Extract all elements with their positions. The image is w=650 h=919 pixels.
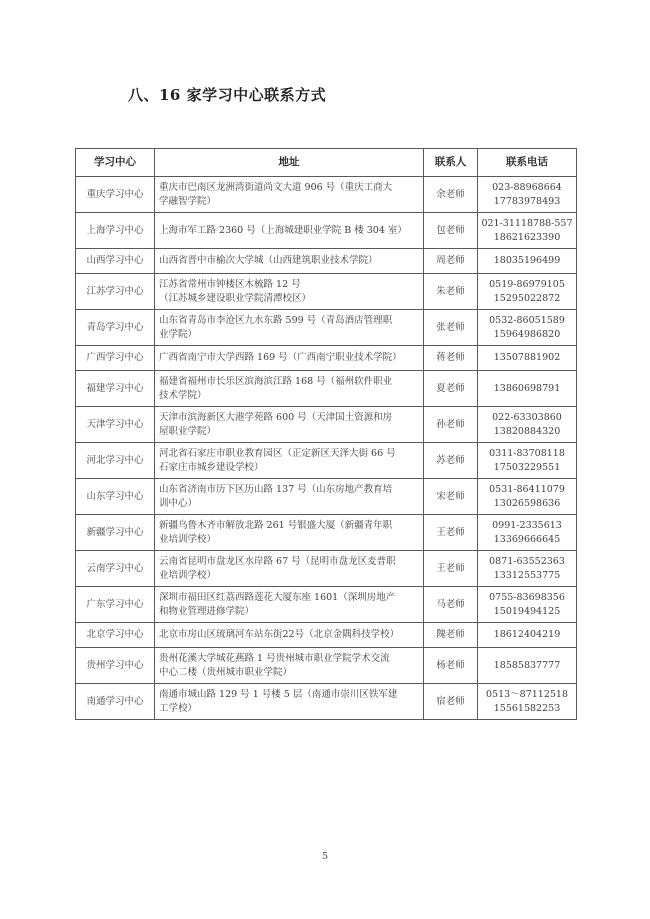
table-row: 河北学习中心河北省石家庄市职业教育园区（正定新区天泽大街 66 号石家庄市城乡建… (76, 443, 577, 479)
phone-cell: 022-6330386013820884320 (478, 407, 577, 443)
phone-number: 17503229551 (480, 461, 574, 475)
phone-number: 13026598636 (480, 497, 574, 511)
phone-number: 0513～87112518 (480, 688, 574, 702)
contact-person-cell: 宿老师 (424, 684, 478, 720)
center-name-cell: 上海学习中心 (76, 213, 155, 249)
phone-cell: 18612404219 (478, 623, 577, 648)
address-line: 河北省石家庄市职业教育园区（正定新区天泽大街 66 号 (159, 447, 420, 461)
address-cell: 云南省昆明市盘龙区水岸路 67 号（昆明市盘龙区麦普职业培训学校） (155, 551, 424, 587)
address-line: 福建省福州市长乐区滨海滨江路 168 号（福州软件职业 (159, 375, 420, 389)
table-row: 云南学习中心云南省昆明市盘龙区水岸路 67 号（昆明市盘龙区麦普职业培训学校）王… (76, 551, 577, 587)
learning-centers-table: 学习中心地址联系人联系电话 重庆学习中心重庆市巴南区龙洲湾街道尚文大道 906 … (75, 148, 577, 720)
phone-number: 0519-86979105 (480, 278, 574, 292)
phone-number: 0991-2335613 (480, 519, 574, 533)
address-cell: 福建省福州市长乐区滨海滨江路 168 号（福州软件职业技术学院） (155, 371, 424, 407)
table-row: 山西学习中心山西省晋中市榆次大学城（山西建筑职业技术学院）周老师18035196… (76, 249, 577, 274)
phone-number: 15019494125 (480, 605, 574, 619)
contact-person-cell: 杨老师 (424, 648, 478, 684)
phone-number: 18035196499 (480, 254, 574, 268)
contact-person-cell: 王老师 (424, 551, 478, 587)
address-cell: 贵州花溪大学城花燕路 1 号贵州城市职业学院学术交流中心二楼（贵州城市职业学院） (155, 648, 424, 684)
phone-number: 13820884320 (480, 425, 574, 439)
contact-person-cell: 包老师 (424, 213, 478, 249)
table-row: 重庆学习中心重庆市巴南区龙洲湾街道尚文大道 906 号（重庆工商大学融智学院）余… (76, 177, 577, 213)
address-line: 中心二楼（贵州城市职业学院） (159, 666, 420, 680)
address-cell: 广西省南宁市大学西路 169 号（广西南宁职业技术学院） (155, 346, 424, 371)
contact-person-cell: 宋老师 (424, 479, 478, 515)
address-line: 广西省南宁市大学西路 169 号（广西南宁职业技术学院） (159, 351, 420, 365)
center-name-cell: 天津学习中心 (76, 407, 155, 443)
address-line: 南通市城山路 129 号 1 号楼 5 层（南通市崇川区铁军建 (159, 688, 420, 702)
column-header: 联系人 (424, 149, 478, 177)
address-cell: 北京市房山区琉璃河车站东街22号（北京金隅科技学校） (155, 623, 424, 648)
contact-person-cell: 隗老师 (424, 623, 478, 648)
address-line: 山东省济南市历下区历山路 137 号（山东房地产教育培 (159, 483, 420, 497)
address-line: 新疆乌鲁木齐市解放北路 261 号银盛大厦（新疆青年职 (159, 519, 420, 533)
address-line: 业学院） (159, 328, 420, 342)
phone-cell: 18585837777 (478, 648, 577, 684)
phone-number: 13312553775 (480, 569, 574, 583)
phone-number: 0871-63552363 (480, 555, 574, 569)
address-line: 云南省昆明市盘龙区水岸路 67 号（昆明市盘龙区麦普职 (159, 555, 420, 569)
phone-cell: 0532-8605158915964986820 (478, 310, 577, 346)
phone-number: 13507881902 (480, 351, 574, 365)
table-row: 青岛学习中心山东省青岛市李沧区九水东路 599 号（青岛酒店管理职业学院）张老师… (76, 310, 577, 346)
phone-cell: 0311-8370811817503229551 (478, 443, 577, 479)
column-header: 联系电话 (478, 149, 577, 177)
center-name-cell: 青岛学习中心 (76, 310, 155, 346)
address-cell: 山西省晋中市榆次大学城（山西建筑职业技术学院） (155, 249, 424, 274)
contact-person-cell: 余老师 (424, 177, 478, 213)
address-cell: 江苏省常州市钟楼区木梳路 12 号（江苏城乡建设职业学院清潭校区） (155, 274, 424, 310)
address-cell: 南通市城山路 129 号 1 号楼 5 层（南通市崇川区铁军建工学校） (155, 684, 424, 720)
table-row: 南通学习中心南通市城山路 129 号 1 号楼 5 层（南通市崇川区铁军建工学校… (76, 684, 577, 720)
phone-cell: 0755-8369835615019494125 (478, 587, 577, 623)
address-line: 深圳市福田区红荔西路莲花大厦东座 1601（深圳房地产 (159, 591, 420, 605)
phone-cell: 0531-8641107913026598636 (478, 479, 577, 515)
address-line: （江苏城乡建设职业学院清潭校区） (159, 292, 420, 306)
table-row: 广西学习中心广西省南宁市大学西路 169 号（广西南宁职业技术学院）蒋老师135… (76, 346, 577, 371)
address-cell: 上海市军工路 2360 号（上海城建职业学院 B 楼 304 室） (155, 213, 424, 249)
phone-number: 0532-86051589 (480, 314, 574, 328)
phone-number: 0531-86411079 (480, 483, 574, 497)
phone-cell: 021-31118788-55718621623390 (478, 213, 577, 249)
phone-cell: 0513～8711251815561582253 (478, 684, 577, 720)
address-line: 训中心） (159, 497, 420, 511)
center-name-cell: 福建学习中心 (76, 371, 155, 407)
table-row: 新疆学习中心新疆乌鲁木齐市解放北路 261 号银盛大厦（新疆青年职业培训学校）王… (76, 515, 577, 551)
address-line: 屋职业学院） (159, 425, 420, 439)
address-cell: 深圳市福田区红荔西路莲花大厦东座 1601（深圳房地产和物业管理进修学院） (155, 587, 424, 623)
contact-person-cell: 蒋老师 (424, 346, 478, 371)
center-name-cell: 贵州学习中心 (76, 648, 155, 684)
table-row: 天津学习中心天津市滨海新区大港学苑路 600 号（天津国土资源和房屋职业学院）孙… (76, 407, 577, 443)
table-row: 北京学习中心北京市房山区琉璃河车站东街22号（北京金隅科技学校）隗老师18612… (76, 623, 577, 648)
center-name-cell: 北京学习中心 (76, 623, 155, 648)
contact-person-cell: 王老师 (424, 515, 478, 551)
phone-number: 15964986820 (480, 328, 574, 342)
phone-number: 13369666645 (480, 533, 574, 547)
contact-person-cell: 朱老师 (424, 274, 478, 310)
address-line: 山东省青岛市李沧区九水东路 599 号（青岛酒店管理职 (159, 314, 420, 328)
address-line: 北京市房山区琉璃河车站东街22号（北京金隅科技学校） (159, 628, 420, 642)
contact-person-cell: 周老师 (424, 249, 478, 274)
phone-number: 023-88968664 (480, 181, 574, 195)
address-line: 石家庄市城乡建设学校） (159, 461, 420, 475)
phone-number: 15295022872 (480, 292, 574, 306)
phone-cell: 0519-8697910515295022872 (478, 274, 577, 310)
column-header: 学习中心 (76, 149, 155, 177)
address-line: 江苏省常州市钟楼区木梳路 12 号 (159, 278, 420, 292)
phone-number: 0311-83708118 (480, 447, 574, 461)
address-cell: 天津市滨海新区大港学苑路 600 号（天津国土资源和房屋职业学院） (155, 407, 424, 443)
address-cell: 新疆乌鲁木齐市解放北路 261 号银盛大厦（新疆青年职业培训学校） (155, 515, 424, 551)
phone-number: 18621623390 (480, 231, 574, 245)
phone-number: 18585837777 (480, 659, 574, 673)
address-line: 和物业管理进修学院） (159, 605, 420, 619)
phone-number: 021-31118788-557 (480, 217, 574, 231)
table-row: 广东学习中心深圳市福田区红荔西路莲花大厦东座 1601（深圳房地产和物业管理进修… (76, 587, 577, 623)
contact-person-cell: 苏老师 (424, 443, 478, 479)
address-line: 业培训学校） (159, 533, 420, 547)
address-line: 重庆市巴南区龙洲湾街道尚文大道 906 号（重庆工商大 (159, 181, 420, 195)
address-line: 技术学院） (159, 389, 420, 403)
phone-cell: 13860698791 (478, 371, 577, 407)
table-row: 贵州学习中心贵州花溪大学城花燕路 1 号贵州城市职业学院学术交流中心二楼（贵州城… (76, 648, 577, 684)
phone-cell: 13507881902 (478, 346, 577, 371)
phone-cell: 0871-6355236313312553775 (478, 551, 577, 587)
center-name-cell: 新疆学习中心 (76, 515, 155, 551)
column-header: 地址 (155, 149, 424, 177)
address-cell: 河北省石家庄市职业教育园区（正定新区天泽大街 66 号石家庄市城乡建设学校） (155, 443, 424, 479)
contact-person-cell: 孙老师 (424, 407, 478, 443)
address-cell: 山东省青岛市李沧区九水东路 599 号（青岛酒店管理职业学院） (155, 310, 424, 346)
table-row: 上海学习中心上海市军工路 2360 号（上海城建职业学院 B 楼 304 室）包… (76, 213, 577, 249)
address-line: 上海市军工路 2360 号（上海城建职业学院 B 楼 304 室） (159, 224, 420, 238)
center-name-cell: 山西学习中心 (76, 249, 155, 274)
phone-number: 15561582253 (480, 702, 574, 716)
center-name-cell: 江苏学习中心 (76, 274, 155, 310)
contact-person-cell: 夏老师 (424, 371, 478, 407)
phone-number: 0755-83698356 (480, 591, 574, 605)
page-number: 5 (0, 851, 650, 862)
address-line: 工学校） (159, 702, 420, 716)
phone-cell: 0991-233561313369666645 (478, 515, 577, 551)
table-body: 重庆学习中心重庆市巴南区龙洲湾街道尚文大道 906 号（重庆工商大学融智学院）余… (76, 177, 577, 720)
table-row: 福建学习中心福建省福州市长乐区滨海滨江路 168 号（福州软件职业技术学院）夏老… (76, 371, 577, 407)
table-header-row: 学习中心地址联系人联系电话 (76, 149, 577, 177)
document-page: 八、16 家学习中心联系方式 学习中心地址联系人联系电话 重庆学习中心重庆市巴南… (0, 0, 650, 919)
address-line: 学融智学院） (159, 195, 420, 209)
center-name-cell: 南通学习中心 (76, 684, 155, 720)
contact-person-cell: 张老师 (424, 310, 478, 346)
center-name-cell: 云南学习中心 (76, 551, 155, 587)
center-name-cell: 广西学习中心 (76, 346, 155, 371)
center-name-cell: 广东学习中心 (76, 587, 155, 623)
phone-number: 022-63303860 (480, 411, 574, 425)
phone-number: 17783978493 (480, 195, 574, 209)
address-line: 业培训学校） (159, 569, 420, 583)
center-name-cell: 山东学习中心 (76, 479, 155, 515)
table-row: 山东学习中心山东省济南市历下区历山路 137 号（山东房地产教育培训中心）宋老师… (76, 479, 577, 515)
center-name-cell: 河北学习中心 (76, 443, 155, 479)
address-line: 天津市滨海新区大港学苑路 600 号（天津国土资源和房 (159, 411, 420, 425)
page-title: 八、16 家学习中心联系方式 (128, 84, 326, 105)
phone-number: 18612404219 (480, 628, 574, 642)
center-name-cell: 重庆学习中心 (76, 177, 155, 213)
address-line: 贵州花溪大学城花燕路 1 号贵州城市职业学院学术交流 (159, 652, 420, 666)
phone-cell: 18035196499 (478, 249, 577, 274)
address-line: 山西省晋中市榆次大学城（山西建筑职业技术学院） (159, 254, 420, 268)
phone-number: 13860698791 (480, 382, 574, 396)
contact-person-cell: 马老师 (424, 587, 478, 623)
address-cell: 山东省济南市历下区历山路 137 号（山东房地产教育培训中心） (155, 479, 424, 515)
table-row: 江苏学习中心江苏省常州市钟楼区木梳路 12 号（江苏城乡建设职业学院清潭校区）朱… (76, 274, 577, 310)
address-cell: 重庆市巴南区龙洲湾街道尚文大道 906 号（重庆工商大学融智学院） (155, 177, 424, 213)
phone-cell: 023-8896866417783978493 (478, 177, 577, 213)
